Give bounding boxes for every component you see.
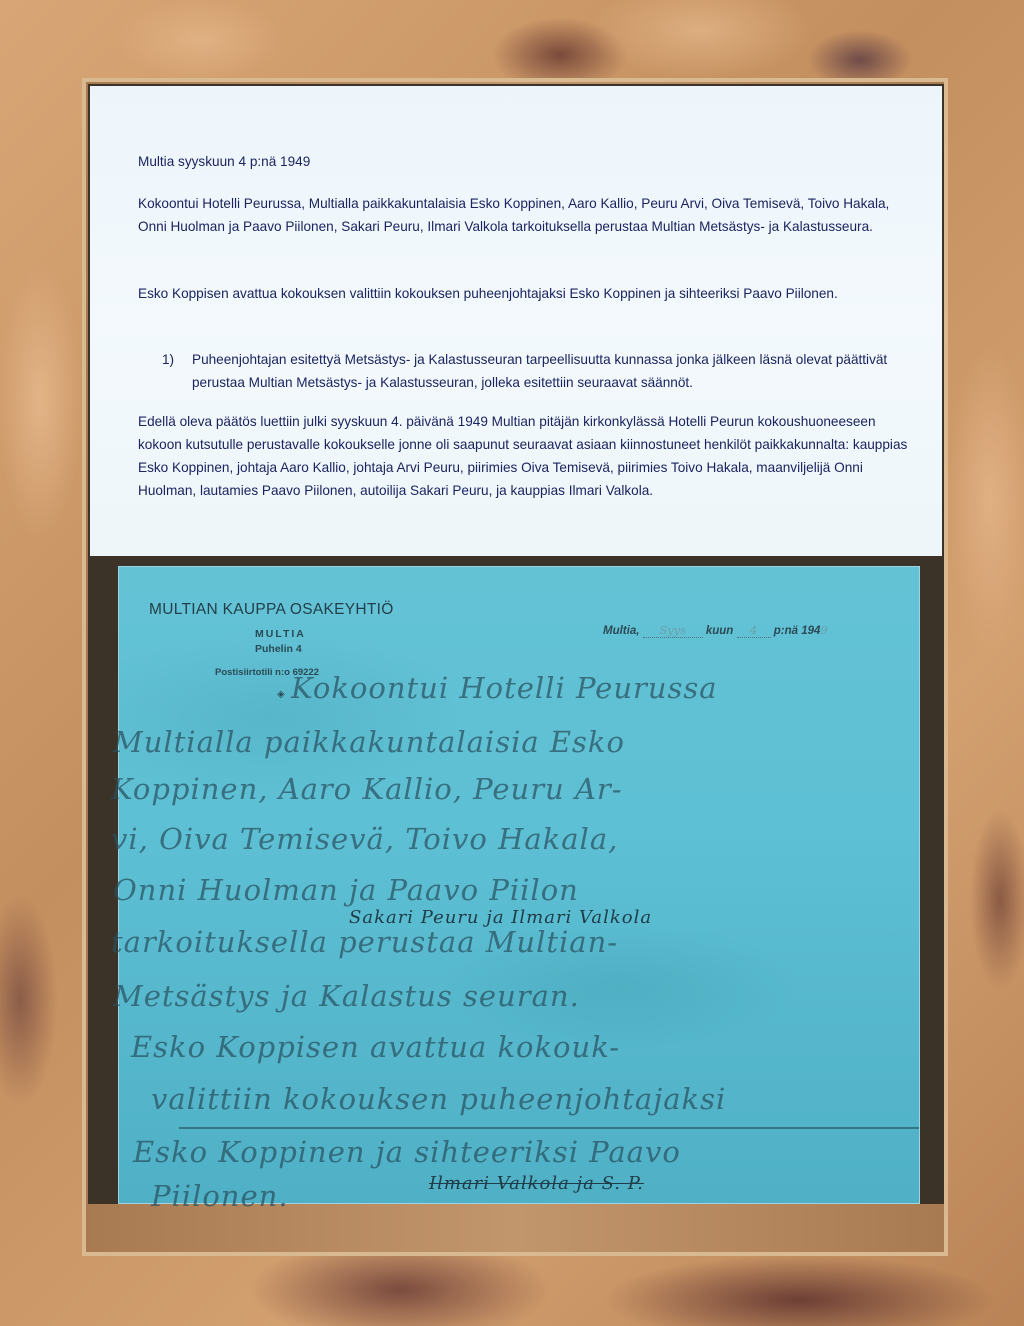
handwritten-line: Kokoontui Hotelli Peurussa — [291, 671, 1024, 705]
handwritten-line: Onni Huolman ja Paavo Piilon — [113, 873, 903, 907]
typed-transcript-sheet: Multia syyskuun 4 p:nä 1949 Kokoontui Ho… — [90, 86, 942, 556]
handwritten-line: Koppinen, Aaro Kallio, Peuru Ar- — [111, 772, 901, 806]
handwritten-line: Metsästys ja Kalastus seuran. — [113, 979, 903, 1013]
letterhead-ornament-icon: ◈ — [277, 689, 285, 700]
letterhead-town: MULTIA — [255, 628, 306, 640]
handwritten-struck-text: Ilmari Valkola ja S. P. — [429, 1173, 1024, 1194]
letterhead-phone: Puhelin 4 — [255, 643, 302, 655]
letter-date-line: Multia, Syys kuun 4 p:nä 1949 — [603, 623, 828, 638]
list-item-number: 1) — [162, 348, 174, 371]
handwritten-line: vi, Oiva Temisevä, Toivo Hakala, — [111, 822, 901, 856]
handwritten-original-letter: MULTIAN KAUPPA OSAKEYHTIÖ MULTIA Puhelin… — [118, 566, 920, 1204]
ruled-line — [179, 1127, 919, 1129]
letterhead-company: MULTIAN KAUPPA OSAKEYHTIÖ — [149, 601, 394, 619]
list-item-text: Puheenjohtajan esitettyä Metsästys- ja K… — [192, 348, 922, 394]
transcript-date-line: Multia syyskuun 4 p:nä 1949 — [138, 150, 908, 173]
handwritten-line: Esko Koppinen ja sihteeriksi Paavo — [133, 1135, 923, 1169]
date-day-handwritten: 4 — [737, 623, 771, 638]
handwritten-line: valittiin kokouksen puheenjohtajaksi — [151, 1082, 941, 1116]
date-day-suffix: p:nä 194 — [774, 625, 821, 637]
date-place: Multia, — [603, 625, 639, 637]
transcript-paragraph-announcement: Edellä oleva päätös luettiin julki syysk… — [138, 410, 908, 502]
handwritten-line: Esko Koppisen avattua kokouk- — [131, 1030, 921, 1064]
handwritten-line: tarkoituksella perustaa Multian- — [111, 925, 901, 959]
handwritten-line: Multialla paikkakuntalaisia Esko — [113, 725, 903, 759]
date-month-suffix: kuun — [706, 625, 733, 637]
date-year-handwritten: 9 — [820, 623, 827, 637]
transcript-paragraph-officers: Esko Koppisen avattua kokouksen valittii… — [138, 282, 908, 305]
transcript-list-item: 1) Puheenjohtajan esitettyä Metsästys- j… — [162, 348, 922, 394]
date-month-handwritten: Syys — [643, 623, 703, 638]
handwritten-insert: Sakari Peuru ja Ilmari Valkola — [349, 907, 1024, 928]
transcript-paragraph-attendees: Kokoontui Hotelli Peurussa, Multialla pa… — [138, 192, 908, 238]
